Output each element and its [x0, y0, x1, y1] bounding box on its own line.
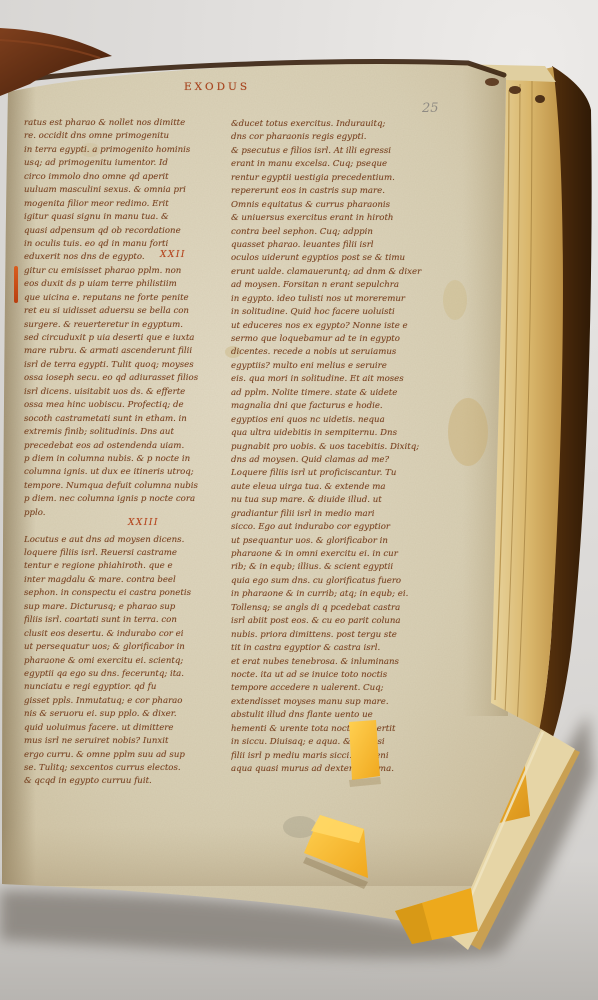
manuscript-line: igitur quasi signu in manu tua. & — [24, 211, 228, 224]
manuscript-line: mogenita filior meor redimo. Erit — [24, 198, 228, 211]
manuscript-line: pharaone & in omni exercitu ei. in cur — [231, 548, 435, 561]
manuscript-line: mus isrl ne seruiret nobis? Iunxit — [24, 735, 228, 748]
manuscript-line: egyptiis? multo eni melius e seruire — [231, 360, 435, 373]
manuscript-line: ad pplm. Nolite timere. state & uidete — [231, 387, 435, 400]
manuscript-line: Locutus e aut dns ad moysen dicens. — [24, 534, 228, 547]
manuscript-line: precedebat eos ad ostendenda uiam. — [24, 440, 228, 453]
manuscript-line: quasset pharao. leuantes filii isrl — [231, 239, 435, 252]
manuscript-line: isrl dicens. uisitabit uos ds. & efferte — [24, 386, 228, 399]
manuscript-line: p diem in columna nubis. & p nocte in — [24, 453, 228, 466]
manuscript-line: Omnis equitatus & currus pharaonis — [231, 199, 435, 212]
manuscript-line: in oculis tuis. eo qd in manu forti — [24, 238, 228, 251]
manuscript-line: abstulit illud dns flante uento ue — [231, 709, 435, 722]
manuscript-line: circo immolo dno omne qd aperit — [24, 171, 228, 184]
manuscript-line: rentur egyptii uestigia precedentium. — [231, 172, 435, 185]
manuscript-line: in siccu. Diuisaq; e aqua. & egressi — [231, 736, 435, 749]
manuscript-line: oculos uiderunt egyptios post se & timu — [231, 252, 435, 265]
manuscript-line: & qcqd in egypto curruu fuit. — [24, 775, 228, 788]
manuscript-line: ret eu si uidisset aduersu se bella con — [24, 305, 228, 318]
manuscript-line: rib; & in equb; illius. & scient egyptii — [231, 561, 435, 574]
manuscript-line: p diem. nec columna ignis p nocte cora — [24, 493, 228, 506]
manuscript-line: qua ultra uidebitis in sempiternu. Dns — [231, 427, 435, 440]
manuscript-line: gisset ppls. Inmutatuq; e cor pharao — [24, 695, 228, 708]
manuscript-line: ratus est pharao & nollet nos dimitte — [24, 117, 228, 130]
manuscript-line: tempore. Numqua defuit columna nubis — [24, 480, 228, 493]
manuscript-line: in terra egypti. a primogenito hominis — [24, 144, 228, 157]
manuscript-line: quid uoluimus facere. ut dimittere — [24, 722, 228, 735]
manuscript-line: tempore accedere n ualerent. Cuq; — [231, 682, 435, 695]
manuscript-line: clusit eos desertu. & indurabo cor ei — [24, 628, 228, 641]
manuscript-line: et erat nubes tenebrosa. & inluminans — [231, 656, 435, 669]
manuscript-line: aqua quasi murus ad dextera eor ma. — [231, 763, 435, 776]
manuscript-line: nocte. ita ut ad se inuice toto noctis — [231, 669, 435, 682]
manuscript-line: surgere. & reuerteretur in egyptum. — [24, 319, 228, 332]
manuscript-line: pplo. — [24, 507, 228, 520]
text-column-left: ratus est pharao & nollet nos dimittere.… — [24, 117, 228, 792]
manuscript-line: columna ignis. ut dux ee itineris utroq; — [24, 466, 228, 479]
chapter-numeral-xxii: XXII — [160, 250, 186, 260]
manuscript-line: que uicina e. reputans ne forte penite — [24, 292, 228, 305]
manuscript-line: uuluam masculini sexus. & omnia pri — [24, 184, 228, 197]
manuscript-line: in solitudine. Quid hoc facere uoluisti — [231, 306, 435, 319]
manuscript-line: ut persequatur uos; & glorificabor in — [24, 641, 228, 654]
manuscript-line: gradiantur filii isrl in medio mari — [231, 508, 435, 521]
manuscript-line: extremis finib; solitudinis. Dns aut — [24, 426, 228, 439]
manuscript-line: socoth castrametati sunt in etham. in — [24, 413, 228, 426]
manuscript-line: nubis. priora dimittens. post tergu ste — [231, 629, 435, 642]
manuscript-line: in egypto. ideo tulisti nos ut moreremur — [231, 293, 435, 306]
text-column-right: &ducet totus exercitus. Indurauitq;dns c… — [231, 118, 435, 780]
manuscript-line: filiis isrl. coartati sunt in terra. con — [24, 614, 228, 627]
manuscript-line: ad moysen. Forsitan n erant sepulchra — [231, 279, 435, 292]
manuscript-line: erunt ualde. clamaueruntq; ad dnm & dixe… — [231, 266, 435, 279]
manuscript-line: pharaone & omi exercitu ei. scientq; — [24, 655, 228, 668]
manuscript-line: isrl de terra egypti. Tulit quoq; moyses — [24, 359, 228, 372]
manuscript-line: aute eleua uirga tua. & extende ma — [231, 481, 435, 494]
manuscript-line: dicentes. recede a nobis ut seruiamus — [231, 346, 435, 359]
manuscript-line: Tollensq; se angls di q pcedebat castra — [231, 602, 435, 615]
manuscript-photo: EXODUS 25 ratus est pharao & nollet nos … — [0, 0, 598, 1000]
manuscript-line: quasi adpensum qd ob recordatione — [24, 225, 228, 238]
manuscript-page-text: EXODUS 25 ratus est pharao & nollet nos … — [0, 0, 598, 1000]
manuscript-line: sup mare. Dicturusq; e pharao sup — [24, 601, 228, 614]
manuscript-line: isrl abiit post eos. & cu eo parit colun… — [231, 615, 435, 628]
rubric-initial-bar — [14, 266, 18, 303]
manuscript-line: sicco. Ego aut indurabo cor egyptior — [231, 521, 435, 534]
manuscript-line: se. Tulitq; sexcentos currus electos. — [24, 762, 228, 775]
manuscript-line: egyptii qa ego su dns. feceruntq; ita. — [24, 668, 228, 681]
manuscript-line: Loquere filiis isrl ut proficiscantur. T… — [231, 467, 435, 480]
manuscript-line: in pharaone & in currib; atq; in equb; e… — [231, 588, 435, 601]
manuscript-line: ut educeres nos ex egypto? Nonne iste e — [231, 320, 435, 333]
manuscript-line: ut psequantur uos. & glorificabor in — [231, 535, 435, 548]
manuscript-line: ergo curru. & omne pplm suu ad sup — [24, 749, 228, 762]
chapter-numeral-xxiii: XXIII — [128, 518, 159, 528]
manuscript-line: hementi & urente tota nocte. & uertit — [231, 723, 435, 736]
manuscript-line: erant in manu excelsa. Cuq; pseque — [231, 158, 435, 171]
manuscript-line: ossa ioseph secu. eo qd adiurasset filio… — [24, 372, 228, 385]
manuscript-line: &ducet totus exercitus. Indurauitq; — [231, 118, 435, 131]
manuscript-line: filii isrl p mediu maris sicci. erat eni — [231, 750, 435, 763]
manuscript-line: egyptios eni quos nc uidetis. nequa — [231, 414, 435, 427]
folio-number: 25 — [422, 101, 439, 116]
manuscript-line: tit in castra egyptior & castra isrl. — [231, 642, 435, 655]
manuscript-line: ossa mea hinc uobiscu. Profectiq; de — [24, 399, 228, 412]
manuscript-line: sed circuduxit p uia deserti que e iuxta — [24, 332, 228, 345]
manuscript-line: & psecutus e filios isrl. At illi egress… — [231, 145, 435, 158]
manuscript-line: inter magdalu & mare. contra beel — [24, 574, 228, 587]
manuscript-line: gitur cu emisisset pharao pplm. non — [24, 265, 228, 278]
manuscript-line: loquere filiis isrl. Reuersi castrame — [24, 547, 228, 560]
manuscript-line: extendisset moyses manu sup mare. — [231, 696, 435, 709]
manuscript-line: sermo que loquebamur ad te in egypto — [231, 333, 435, 346]
running-title: EXODUS — [184, 81, 250, 93]
manuscript-line: pugnabit pro uobis. & uos tacebitis. Dix… — [231, 441, 435, 454]
manuscript-line: dns ad moysen. Quid clamas ad me? — [231, 454, 435, 467]
manuscript-line: eduxerit nos dns de egypto. — [24, 251, 228, 264]
manuscript-line: & uniuersus exercitus erant in hiroth — [231, 212, 435, 225]
manuscript-line: magnalia dni que facturus e hodie. — [231, 400, 435, 413]
manuscript-line: re. occidit dns omne primogenitu — [24, 130, 228, 143]
manuscript-line: contra beel sephon. Cuq; adppin — [231, 226, 435, 239]
manuscript-line: nunciatu e regi egyptior. qd fu — [24, 681, 228, 694]
manuscript-line: eis. qua mori in solitudine. Et ait mose… — [231, 373, 435, 386]
manuscript-line: tentur e regione phiahiroth. que e — [24, 560, 228, 573]
manuscript-line — [24, 520, 228, 533]
manuscript-line: mare rubru. & armati ascenderunt filii — [24, 345, 228, 358]
manuscript-line: usq; ad primogenitu iumentor. Id — [24, 157, 228, 170]
manuscript-line: repererunt eos in castris sup mare. — [231, 185, 435, 198]
manuscript-line: nu tua sup mare. & diuide illud. ut — [231, 494, 435, 507]
manuscript-line: eos duxit ds p uiam terre philistiim — [24, 278, 228, 291]
manuscript-line: dns cor pharaonis regis egypti. — [231, 131, 435, 144]
manuscript-line: nis & seruoru ei. sup pplo. & dixer. — [24, 708, 228, 721]
manuscript-line: quia ego sum dns. cu glorificatus fuero — [231, 575, 435, 588]
manuscript-line: sephon. in conspectu ei castra ponetis — [24, 587, 228, 600]
